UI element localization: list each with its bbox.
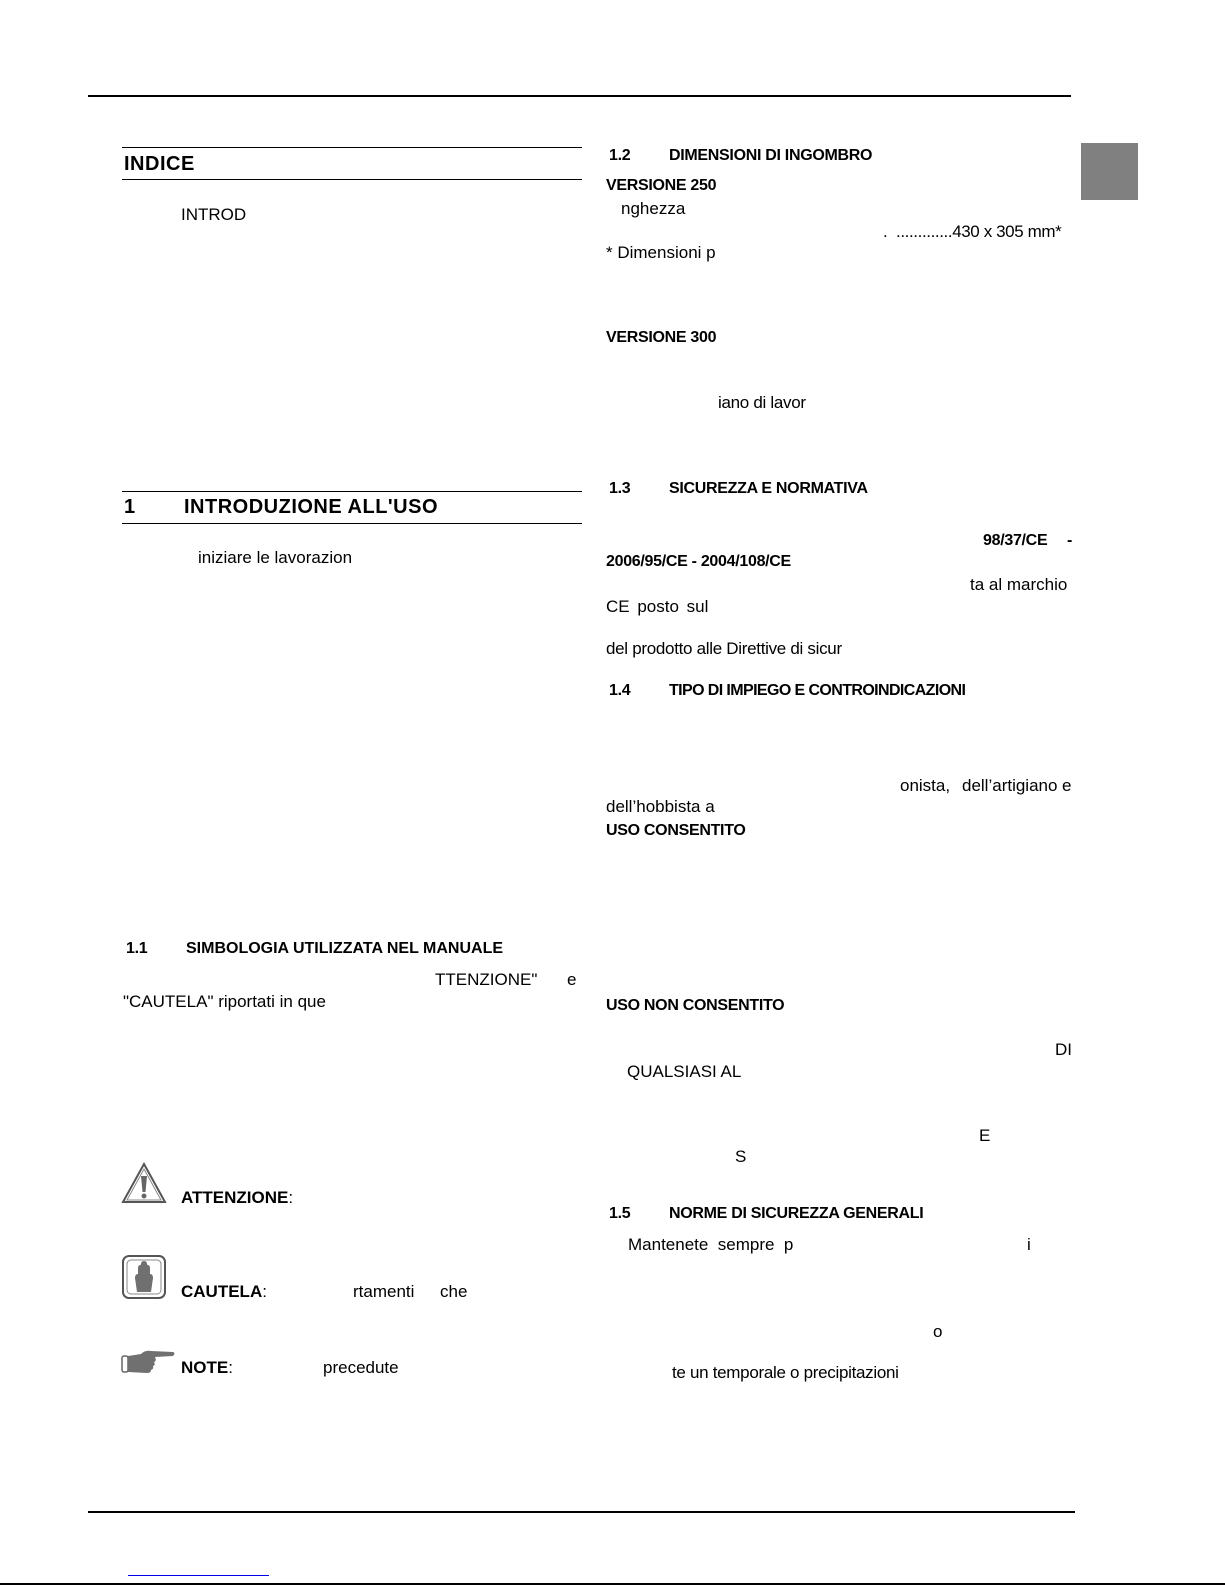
marchio-text: ta al marchio bbox=[970, 575, 1067, 595]
section1-3-number: 1.3 bbox=[609, 480, 630, 498]
section1-heading: INTRODUZIONE ALL'USO bbox=[184, 496, 438, 519]
section1-top-rule bbox=[122, 491, 582, 492]
version250-heading: VERSIONE 250 bbox=[606, 177, 716, 195]
section1-2-number: 1.2 bbox=[609, 147, 630, 165]
section1-text: iniziare le lavorazion bbox=[198, 548, 352, 568]
section1-1-text-line2: "CAUTELA" riportati in que bbox=[123, 992, 326, 1012]
attenzione-label: ATTENZIONE: bbox=[181, 1188, 293, 1208]
norme-line1-a: Mantenete sempre p bbox=[628, 1235, 793, 1255]
stop-hand-icon bbox=[121, 1254, 167, 1300]
pointing-hand-icon bbox=[121, 1348, 177, 1374]
directive-dash: - bbox=[1067, 532, 1072, 550]
note-colon: : bbox=[228, 1358, 233, 1377]
cautela-text-b: che bbox=[440, 1282, 467, 1302]
section1-3-heading: SICUREZZA E NORMATIVA bbox=[669, 480, 868, 498]
direttive-text: del prodotto alle Direttive di sicur bbox=[606, 639, 842, 659]
section1-number: 1 bbox=[124, 496, 136, 519]
section1-5-number: 1.5 bbox=[609, 1205, 630, 1223]
version300-line1: iano di lavor bbox=[718, 393, 806, 413]
section1-1-number: 1.1 bbox=[126, 940, 147, 958]
cautela-label-text: CAUTELA bbox=[181, 1282, 262, 1301]
section1-1-text-line1-end: e bbox=[567, 970, 576, 990]
frag-o: o bbox=[933, 1322, 942, 1342]
note-label: NOTE: bbox=[181, 1358, 233, 1378]
index-bottom-rule bbox=[122, 179, 582, 180]
frag-e: E bbox=[979, 1126, 990, 1146]
cautela-text-a: rtamenti bbox=[353, 1282, 414, 1302]
cautela-colon: : bbox=[262, 1282, 267, 1301]
ce-text: CE posto sul bbox=[606, 597, 708, 617]
section1-1-heading: SIMBOLOGIA UTILIZZATA NEL MANUALE bbox=[186, 940, 503, 958]
note-label-text: NOTE bbox=[181, 1358, 228, 1377]
section1-bottom-rule bbox=[122, 523, 582, 524]
frag-s: S bbox=[735, 1147, 746, 1167]
frag-di: DI bbox=[1055, 1040, 1072, 1060]
version300-heading: VERSIONE 300 bbox=[606, 329, 716, 347]
attenzione-colon: : bbox=[288, 1188, 293, 1207]
attenzione-label-text: ATTENZIONE bbox=[181, 1188, 288, 1207]
version250-dot: . bbox=[883, 222, 888, 242]
uso-non-consentito-heading: USO NON CONSENTITO bbox=[606, 997, 784, 1015]
section1-1-text-line1: TTENZIONE" bbox=[435, 970, 537, 990]
version250-dimension: .............430 x 305 mm* bbox=[896, 222, 1061, 242]
temporale-text: te un temporale o precipitazioni bbox=[672, 1363, 899, 1383]
section1-2-heading: DIMENSIONI DI INGOMBRO bbox=[669, 147, 872, 165]
norme-line1-b: i bbox=[1027, 1235, 1031, 1255]
index-heading: INDICE bbox=[124, 153, 195, 176]
chapter-tab-marker bbox=[1081, 143, 1138, 200]
uso-consentito-heading: USO CONSENTITO bbox=[606, 822, 746, 840]
use-text-a3: e bbox=[1062, 776, 1071, 796]
index-top-rule bbox=[122, 147, 582, 148]
footer-rule bbox=[88, 1511, 1075, 1513]
directive-98-37: 98/37/CE bbox=[983, 532, 1047, 550]
footer-link[interactable] bbox=[128, 1575, 269, 1576]
use-text-a2: dell’artigiano bbox=[962, 776, 1057, 796]
use-text-b: dell’hobbista a bbox=[606, 797, 715, 817]
section1-4-heading: TIPO DI IMPIEGO E CONTROINDICAZIONI bbox=[669, 682, 965, 700]
cautela-label: CAUTELA: bbox=[181, 1282, 267, 1302]
header-rule bbox=[88, 95, 1071, 97]
directives-list: 2006/95/CE - 2004/108/CE bbox=[606, 553, 791, 571]
warning-triangle-icon bbox=[121, 1162, 167, 1204]
version250-footnote: * Dimensioni p bbox=[606, 243, 716, 263]
note-text: precedute bbox=[323, 1358, 399, 1378]
frag-qualsiasi: QUALSIASI AL bbox=[627, 1062, 741, 1082]
use-text-a1: onista, bbox=[900, 776, 950, 796]
section1-4-number: 1.4 bbox=[609, 682, 630, 700]
index-entry[interactable]: INTROD bbox=[181, 205, 246, 225]
section1-5-heading: NORME DI SICUREZZA GENERALI bbox=[669, 1205, 923, 1223]
version250-line1: nghezza bbox=[621, 199, 685, 219]
